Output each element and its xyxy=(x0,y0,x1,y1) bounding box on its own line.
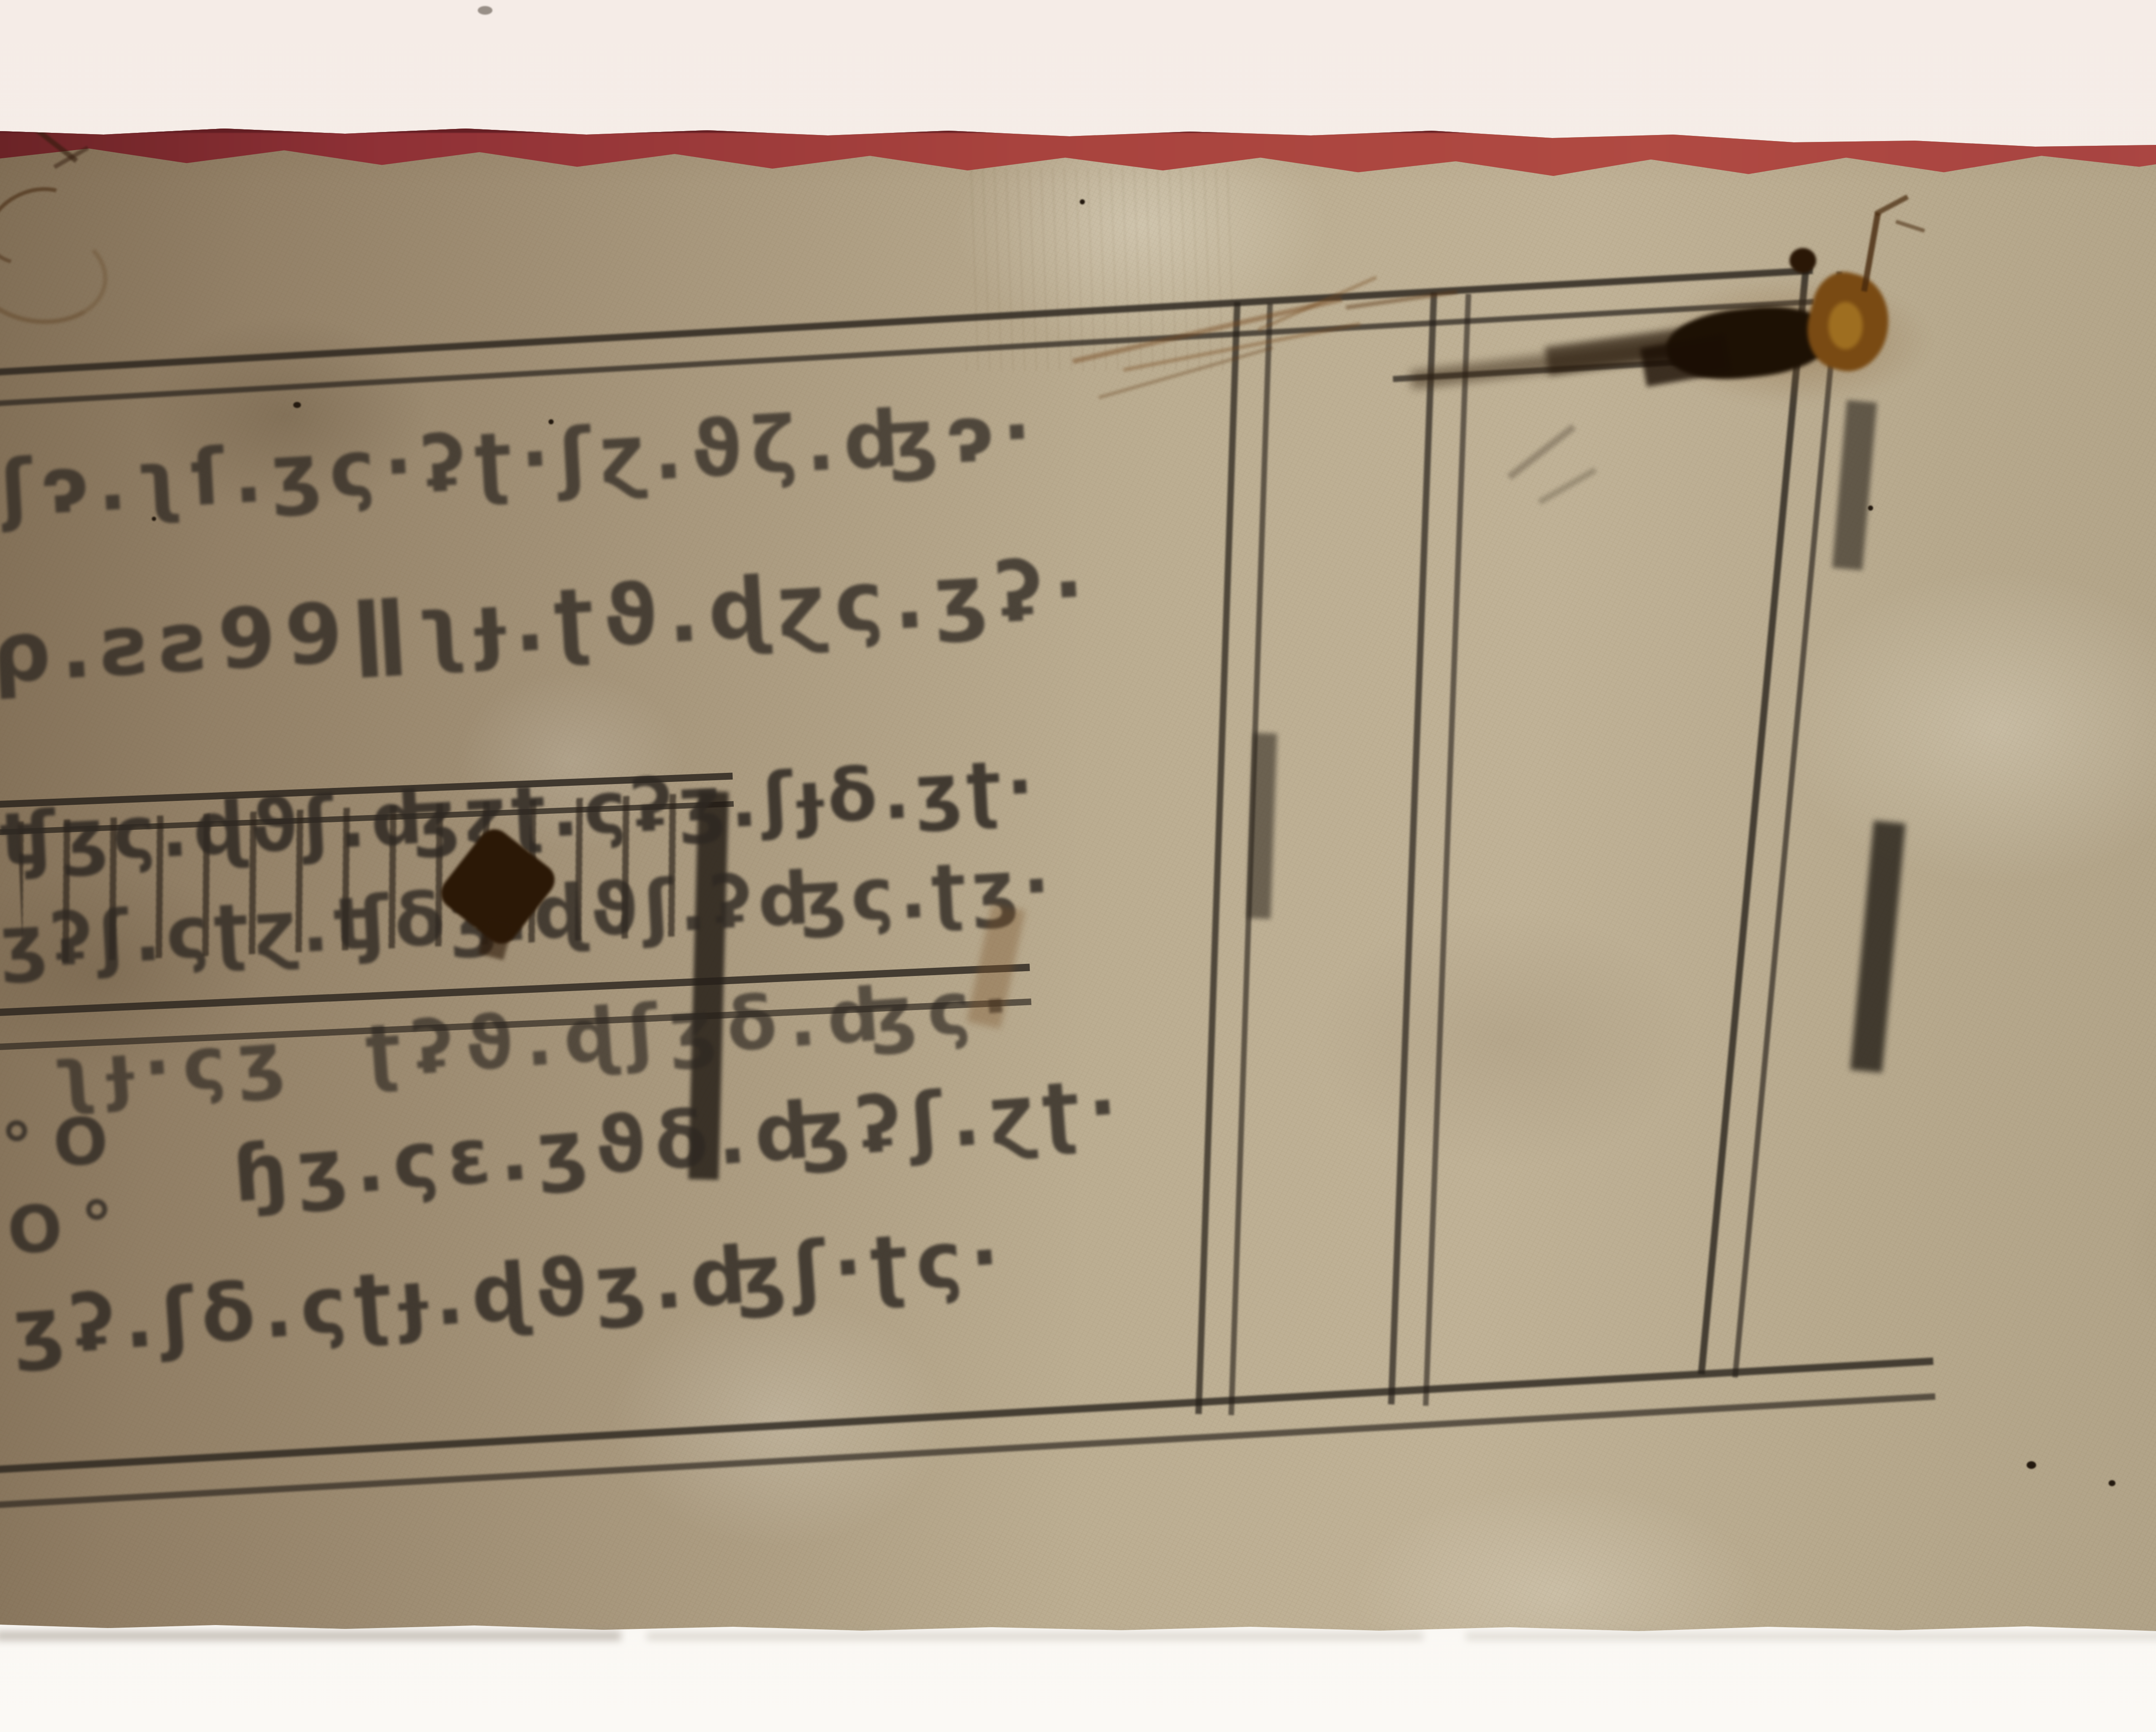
paper-cast-shadow xyxy=(0,1631,621,1641)
ring-syllable-marks: °Ο Ο° xyxy=(0,1089,251,1274)
backdrop-speck xyxy=(478,6,492,15)
dark-speck xyxy=(548,419,554,424)
paper-cast-shadow xyxy=(647,1633,1423,1640)
stain-dot xyxy=(1789,248,1816,273)
red-dyed-edge-dark-line xyxy=(0,126,2156,133)
dark-speck xyxy=(2109,1480,2115,1486)
manuscript-paper: ʃɂ.ʅſ.ʒς·ʡʈ·ʃɀ.ϑζ.ʤɂ· ρ.ƨƨ99ǁʅɟ.ʈϑ.ɖɀς.ʒ… xyxy=(0,0,2156,1732)
paper-cast-shadow xyxy=(1466,1633,2156,1640)
dark-speck xyxy=(293,402,301,408)
dark-speck xyxy=(1868,505,1873,511)
dark-speck xyxy=(1080,199,1085,204)
photo-backdrop: ʃɂ.ʅſ.ʒς·ʡʈ·ʃɀ.ϑζ.ʤɂ· ρ.ƨƨ99ǁʅɟ.ʈϑ.ɖɀς.ʒ… xyxy=(0,0,2156,1732)
dark-speck xyxy=(2027,1461,2036,1469)
dark-speck xyxy=(152,517,156,521)
stain-amber-highlight xyxy=(1828,302,1863,349)
